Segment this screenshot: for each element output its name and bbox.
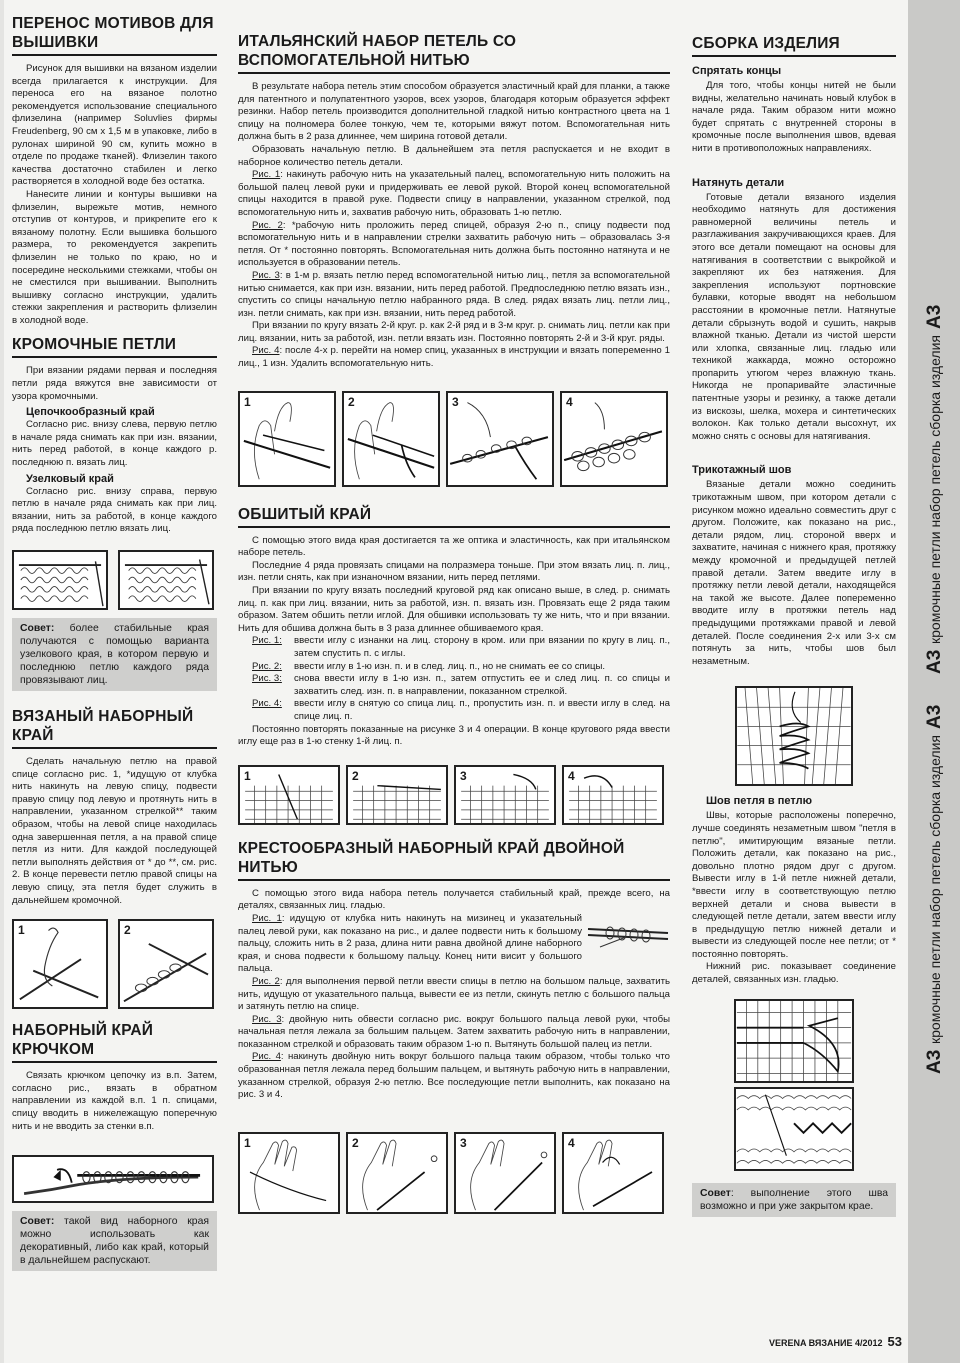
tip-label: Совет	[700, 1188, 731, 1199]
hand-icon	[456, 1134, 554, 1212]
tip-box: Совет: более стабильные края получаются …	[12, 618, 217, 691]
step-text: ввести иглу в снятую со спица лиц. п., п…	[294, 698, 670, 723]
step-item: Рис. 1:ввести иглу с изнанки на лиц. сто…	[238, 635, 670, 660]
page-number: 53	[888, 1334, 902, 1349]
page-edge	[0, 0, 4, 1363]
section-assembly: СБОРКА ИЗДЕЛИЯ Спрятать концы Для того, …	[692, 34, 896, 1217]
stitches-icon	[448, 393, 552, 485]
stitches-icon	[562, 393, 666, 485]
paragraph: Согласно рис. внизу слева, первую петлю …	[12, 419, 217, 469]
figure-1: 1	[238, 1132, 340, 1214]
edge-figures	[12, 550, 217, 610]
paragraph: Для того, чтобы концы нитей не были видн…	[692, 80, 896, 156]
knit-fabric-icon	[348, 767, 446, 823]
figure-ref-text: : идущую от клубка нить накинуть на мизи…	[238, 913, 582, 974]
magazine-issue: VERENA ВЯЗАНИЕ 4/2012	[769, 1338, 883, 1348]
hand-icon	[240, 1134, 338, 1212]
figure-ref-text: : накинуть двойную нить вокруг большого …	[238, 1051, 670, 1100]
figure-ref-text: : накинуть рабочую нить на указательный …	[238, 169, 670, 218]
needles-icon	[120, 921, 212, 1007]
figure-ref-text: : двойную нить обвести согласно рис. вок…	[238, 1014, 670, 1050]
tip-label: Совет:	[20, 1216, 54, 1227]
step-label: Рис. 1:	[238, 635, 294, 660]
step-label: Рис. 4:	[238, 698, 294, 723]
hand-needle-icon	[344, 393, 438, 485]
jersey-seam-illustration	[735, 686, 853, 786]
step-item: Рис. 4:ввести иглу в снятую со спица лиц…	[238, 698, 670, 723]
steps-list: Рис. 1:ввести иглу с изнанки на лиц. сто…	[238, 635, 670, 723]
figure-2: 2	[342, 391, 440, 487]
sewn-edge-figures: 1 2	[238, 765, 670, 825]
right-column: СБОРКА ИЗДЕЛИЯ Спрятать концы Для того, …	[692, 14, 896, 1225]
loop-seam-stockinette-illustration	[734, 999, 854, 1083]
paragraph: Рис. 2: *рабочую нить проложить перед сп…	[238, 220, 670, 270]
figure-2: 2	[118, 919, 214, 1009]
crochet-chain-icon	[14, 1157, 212, 1201]
figure-ref: Рис. 1	[252, 913, 282, 924]
section-title: ОБШИТЫЙ КРАЙ	[238, 505, 670, 528]
figure-2: 2	[346, 765, 448, 825]
paragraph: Рис. 4: накинуть двойную нить вокруг бол…	[238, 1051, 670, 1101]
left-column: ПЕРЕНОС МОТИВОВ ДЛЯ ВЫШИВКИ Рисунок для …	[12, 14, 217, 1279]
step-text: ввести иглу с изнанки на лиц. сторону в …	[294, 635, 670, 660]
middle-column: ИТАЛЬЯНСКИЙ НАБОР ПЕТЕЛЬ СО ВСПОМОГАТЕЛЬ…	[238, 14, 670, 1224]
figure-ref: Рис. 4	[252, 345, 279, 356]
needle-loops-icon	[586, 919, 670, 949]
hand-needle-icon	[240, 393, 334, 485]
crochet-chain-illustration	[12, 1155, 214, 1203]
figure-ref: Рис. 4	[252, 1051, 281, 1062]
figure-ref-text: : после 4-х р. перейти на номер спиц, ук…	[238, 345, 670, 369]
cross-rис1-block: Рис. 1: идущую от клубка нить накинуть н…	[238, 913, 670, 976]
paragraph: Рис. 4: после 4-х р. перейти на номер сп…	[238, 345, 670, 370]
seam-icon	[736, 1001, 852, 1081]
figure-ref-text: : *рабочую нить проложить перед спицей, …	[238, 220, 670, 269]
figure-1: 1	[12, 919, 108, 1009]
figure-4: 4	[562, 765, 664, 825]
paragraph: Нанесите линии и контуры вышивки на флиз…	[12, 189, 217, 328]
paragraph: Рисунок для вышивки на вязаном изделии в…	[12, 63, 217, 189]
hand-icon	[348, 1134, 446, 1212]
figure-ref-text: : для выполнения первой петли ввести спи…	[238, 976, 670, 1012]
knot-edge-illustration	[118, 550, 214, 610]
knit-fabric-icon	[240, 767, 338, 823]
section-title: КРЕСТООБРАЗНЫЙ НАБОРНЫЙ КРАЙ ДВОЙНОЙ НИТ…	[238, 839, 670, 881]
section-italian-cast-on: ИТАЛЬЯНСКИЙ НАБОР ПЕТЕЛЬ СО ВСПОМОГАТЕЛЬ…	[238, 32, 670, 487]
section-sewn-edge: ОБШИТЫЙ КРАЙ С помощью этого вида края д…	[238, 505, 670, 825]
paragraph: Постоянно повторять показанные на рисунк…	[238, 724, 670, 749]
section-cross-cast-on: КРЕСТООБРАЗНЫЙ НАБОРНЫЙ КРАЙ ДВОЙНОЙ НИТ…	[238, 839, 670, 1214]
paragraph: В результате набора петель этим способом…	[238, 81, 670, 144]
figure-3: 3	[446, 391, 554, 487]
paragraph: Рис. 1: накинуть рабочую нить на указате…	[238, 169, 670, 219]
sidebar-topics: кромочные петли набор петель сборка изде…	[927, 335, 943, 644]
paragraph: Рис. 2: для выполнения первой петли ввес…	[238, 976, 670, 1014]
step-item: Рис. 3:снова ввести иглу в 1-ю изн. п., …	[238, 673, 670, 698]
subheading: Цепочкообразный край	[26, 405, 217, 419]
seam-icon	[736, 1089, 852, 1169]
tip-label: Совет:	[20, 623, 54, 634]
subheading: Узелковый край	[26, 472, 217, 486]
tip-box: Совет: такой вид наборного края можно ис…	[12, 1211, 217, 1271]
figure-4: 4	[562, 1132, 664, 1214]
chain-edge-illustration	[12, 550, 108, 610]
section-title: НАБОРНЫЙ КРАЙ КРЮЧКОМ	[12, 1021, 217, 1063]
paragraph: Готовые детали вязаного изделия необходи…	[692, 192, 896, 444]
section-code: A3	[924, 304, 946, 328]
page-footer: VERENA ВЯЗАНИЕ 4/2012 53	[769, 1334, 902, 1349]
knit-fabric-icon	[120, 552, 212, 608]
knitted-cast-on-figures: 1 2	[12, 919, 217, 1009]
figure-ref: Рис. 3	[252, 1014, 282, 1025]
figure-4: 4	[560, 391, 668, 487]
section-transfer: ПЕРЕНОС МОТИВОВ ДЛЯ ВЫШИВКИ Рисунок для …	[12, 14, 217, 327]
knit-fabric-icon	[456, 767, 554, 823]
section-title: ВЯЗАНЫЙ НАБОРНЫЙ КРАЙ	[12, 707, 217, 749]
figure-ref: Рис. 3	[252, 270, 280, 281]
section-title: ИТАЛЬЯНСКИЙ НАБОР ПЕТЕЛЬ СО ВСПОМОГАТЕЛЬ…	[238, 32, 670, 74]
figure-2: 2	[346, 1132, 448, 1214]
paragraph: Согласно рис. внизу справа, первую петлю…	[12, 486, 217, 536]
cross-cast-on-figures: 1 2 3	[238, 1132, 670, 1214]
figure-ref-text: : в 1-м р. вязать петлю перед вспомогате…	[238, 270, 670, 319]
paragraph: С помощью этого вида набора петель получ…	[238, 888, 670, 913]
section-title: ПЕРЕНОС МОТИВОВ ДЛЯ ВЫШИВКИ	[12, 14, 217, 56]
section-knitted-cast-on: ВЯЗАНЫЙ НАБОРНЫЙ КРАЙ Сделать начальную …	[12, 707, 217, 1009]
section-crochet-cast-on: НАБОРНЫЙ КРАЙ КРЮЧКОМ Связать крючком це…	[12, 1021, 217, 1271]
paragraph: С помощью этого вида края достигается та…	[238, 535, 670, 560]
sidebar-topics: кромочные петли набор петель сборка изде…	[927, 735, 943, 1044]
step-label: Рис. 3:	[238, 673, 294, 698]
subheading: Трикотажный шов	[692, 463, 896, 477]
section-edge-stitches: КРОМОЧНЫЕ ПЕТЛИ При вязании рядами перва…	[12, 335, 217, 691]
subheading: Спрятать концы	[692, 64, 896, 78]
figure-1: 1	[238, 391, 336, 487]
paragraph: Рис. 3: двойную нить обвести согласно ри…	[238, 1014, 670, 1052]
paragraph: Вязаные детали можно соединить трикотажн…	[692, 479, 896, 668]
needles-icon	[14, 921, 106, 1007]
figure-1: 1	[238, 765, 340, 825]
figure-ref: Рис. 2	[252, 220, 283, 231]
subheading: Натянуть детали	[692, 176, 896, 190]
paragraph: При вязании по кругу вязать 2-й круг. р.…	[238, 320, 670, 345]
paragraph: Последние 4 ряда провязать спицами на по…	[238, 560, 670, 585]
subheading: Шов петля в петлю	[706, 794, 896, 808]
step-label: Рис. 2:	[238, 661, 294, 674]
hand-icon	[564, 1134, 662, 1212]
paragraph: Нижний рис. показывает соединение детале…	[692, 961, 896, 986]
italian-figures: 1 2	[238, 391, 670, 487]
paragraph: Рис. 3: в 1-м р. вязать петлю перед вспо…	[238, 270, 670, 320]
sidebar-label: A3 кромочные петли набор петель сборка и…	[918, 260, 952, 680]
paragraph: При вязании рядами первая и последняя пе…	[12, 365, 217, 403]
seam-icon	[737, 688, 851, 784]
knit-fabric-icon	[564, 767, 662, 823]
figure-3: 3	[454, 1132, 556, 1214]
paragraph: Связать крючком цепочку из в.п. Затем, с…	[12, 1070, 217, 1133]
tip-box: Совет: выполнение этого шва возможно и п…	[692, 1183, 896, 1217]
paragraph: При вязании по кругу вязать последний кр…	[238, 585, 670, 635]
loop-seam-reverse-illustration	[734, 1087, 854, 1171]
figure-3: 3	[454, 765, 556, 825]
magazine-page: ПЕРЕНОС МОТИВОВ ДЛЯ ВЫШИВКИ Рисунок для …	[0, 0, 960, 1363]
section-title: КРОМОЧНЫЕ ПЕТЛИ	[12, 335, 217, 358]
paragraph: Швы, которые расположены поперечно, лучш…	[692, 810, 896, 961]
step-text: ввести иглу в 1-ю изн. п. и в след. лиц.…	[294, 661, 670, 674]
figure-ref: Рис. 1	[252, 169, 280, 180]
paragraph: Сделать начальную петлю на правой спице …	[12, 756, 217, 907]
figure-ref: Рис. 2	[252, 976, 280, 987]
step-text: снова ввести иглу в 1-ю изн. п., затем о…	[294, 673, 670, 698]
step-item: Рис. 2:ввести иглу в 1-ю изн. п. и в сле…	[238, 661, 670, 674]
paragraph: Образовать начальную петлю. В дальнейшем…	[238, 144, 670, 169]
section-title: СБОРКА ИЗДЕЛИЯ	[692, 34, 896, 57]
section-code: A3	[924, 1050, 946, 1074]
sidebar-label: A3 кромочные петли набор петель сборка и…	[918, 660, 952, 1080]
section-code: A3	[924, 704, 946, 728]
knit-fabric-icon	[14, 552, 106, 608]
